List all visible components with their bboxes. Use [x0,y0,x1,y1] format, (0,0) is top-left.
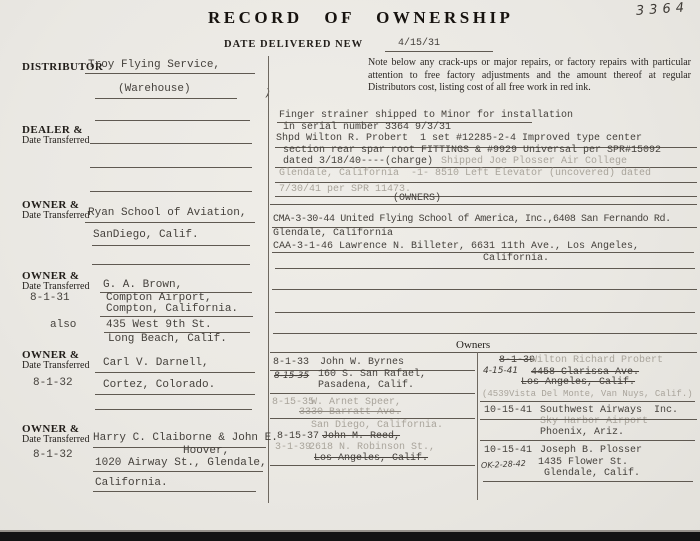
owner-entry-date-handwritten: 8-15-35 [274,371,309,381]
ruled-line [95,372,255,373]
owner-entry-date: 10-15-41 [484,405,532,416]
page-edge [0,530,700,541]
ruled-line [480,440,695,441]
owner-entry-address: Glendale, Calif. [544,468,640,479]
date-delivered-value: 4/15/31 [398,38,440,49]
owner4-date: 8-1-32 [33,449,73,461]
owners-list-entry2: CAA-3-1-46 Lawrence N. Billeter, 6631 11… [273,241,639,252]
owners-list-entry1: CMA-3-30-44 United Flying School of Amer… [273,214,671,225]
owner-entry-date: 10-15-41 [484,445,532,456]
distributor-name: Troy Flying Service, [88,59,220,71]
repair-line5: dated 3/18/40----(charge) [283,156,439,167]
owner-entry-name: John W. Byrnes [320,357,404,368]
ruled-line [385,51,493,52]
ruled-line [90,191,252,192]
repair-line2: in serial number 3364 9/3/31 [283,122,451,133]
ruled-line [483,481,693,482]
approval-note-handwritten: OK-2-28-42 [481,459,526,470]
ruled-line [273,333,697,334]
ruled-line [275,268,695,269]
repair-line1: Finger strainer shipped to Minor for ins… [279,110,573,121]
owner4-name2: Hoover, [183,445,229,457]
distributor-warehouse-note: (Warehouse) [118,83,191,95]
owner4-address1: 1020 Airway St., Glendale, [95,457,267,469]
date-transferred-label: Date Transferred [22,210,89,221]
owner2-alt-address2: Long Beach, Calif. [108,333,227,345]
owner-entry-address: 2618 N. Robinson St., [309,442,435,453]
ruled-line [95,409,252,410]
ruled-line [480,401,695,402]
owner-entry-address: Pasadena, Calif. [318,380,414,391]
date-transferred-label: Date Transferred [22,360,89,371]
owner-entry-address: Sky Harbor Airport [540,416,648,427]
ruled-line [90,143,252,144]
owner-entry-name: Southwest Airways Inc. [540,405,678,416]
owner-entry-address: (4539Vista Del Monte, Van Nuys, Calif.) [482,389,693,399]
owner-entry-address: Phoenix, Ariz. [540,427,624,438]
owner-entry-address: Los Angeles, Calif. [314,453,428,464]
date-transferred-label: Date Transferred [22,281,89,292]
owner-entry-date: 8-15-37 [277,431,319,442]
repair-line5-faint: Shipped Joe Plosser Air College [441,156,627,167]
owners-table-divider [477,352,478,500]
record-of-ownership-document: RECORD OF OWNERSHIP 3364 DATE DELIVERED … [0,0,700,541]
ruled-line [100,316,253,317]
owner4-address2: California. [95,477,168,489]
owner2-address2: Compton, California. [106,303,238,315]
owners-table-header: Owners [456,339,490,351]
ruled-line [93,471,263,472]
ruled-line [270,393,475,394]
ruled-line [92,245,250,246]
owner4-name: Harry C. Claiborne & John E. [93,432,278,444]
ruled-line [275,196,697,197]
ruled-line [92,264,250,265]
owner-entry-address: Los Angeles, Calif. [521,377,635,388]
repair-line3: Shpd Wilton R. Probert 1 set #12285-2-4 … [276,133,642,144]
owner3-date: 8-1-32 [33,377,73,389]
ruled-line [85,73,255,74]
ruled-line [93,491,256,492]
ruled-line [95,120,250,121]
owner2-alt-address1: 435 West 9th St. [106,319,212,331]
ruled-line [480,419,697,420]
owners-list-entry1-city: Glendale, California [273,228,393,239]
also-label: also [50,319,76,331]
owner2-date: 8-1-31 [30,292,70,304]
ruled-line [85,222,255,223]
owner-entry-name: Joseph B. Plosser [540,445,642,456]
page-title: RECORD OF OWNERSHIP [208,8,513,28]
ruled-line [95,98,237,99]
owner3-city: Cortez, Colorado. [103,379,215,391]
ruled-line [93,447,266,448]
owners-list-entry2-city: California. [483,253,549,264]
owner-entry-date: 8-1-33 [273,357,309,368]
ruled-line [90,167,252,168]
owner-entry-name: Wilton Richard Probert [531,355,663,366]
repair-line4: section rear spar root FITTINGS & #9929 … [283,145,661,156]
repair-line6: Glendale, California -1- 8510 Left Eleva… [279,168,651,179]
note-text: Note below any crack-ups or major repair… [368,57,691,95]
owner1-city: SanDiego, Calif. [93,229,199,241]
owner-entry-address: 160 S. San Rafael, [318,369,426,380]
ruled-line [270,465,475,466]
owner1-name: Ryan School of Aviation, [88,207,246,219]
repair-line7: 7/30/41 per SPR 11473. [279,184,411,195]
owner-entry-date-handwritten: 4-15-41 [483,366,518,376]
owner3-name: Carl V. Darnell, [103,357,209,369]
ruled-line [270,352,697,353]
ruled-line [272,289,697,290]
owner-entry-date: 3-1-39 [275,442,311,453]
owner2-name: G. A. Brown, [103,279,182,291]
owners-section-header: (OWNERS) [393,193,441,204]
ruled-line [275,312,695,313]
ruled-line [270,418,475,419]
owner-entry-address: San Diego, California. [311,420,443,431]
ruled-line [95,394,255,395]
ruled-line [275,182,697,183]
owner-entry-date: 8-1-39 [499,355,535,366]
ruled-line [270,204,697,205]
date-transferred-label: Date Transferred [22,135,89,146]
date-transferred-label: Date Transferred [22,434,89,445]
owner-entry-address: 1435 Flower St. [538,457,628,468]
serial-number-handwritten: 3364 [636,0,690,19]
owner-entry-address: 3330 Barratt Ave. [299,407,401,418]
owner-entry-name: John M. Reed, [322,431,400,442]
date-delivered-label: DATE DELIVERED NEW [224,39,363,50]
